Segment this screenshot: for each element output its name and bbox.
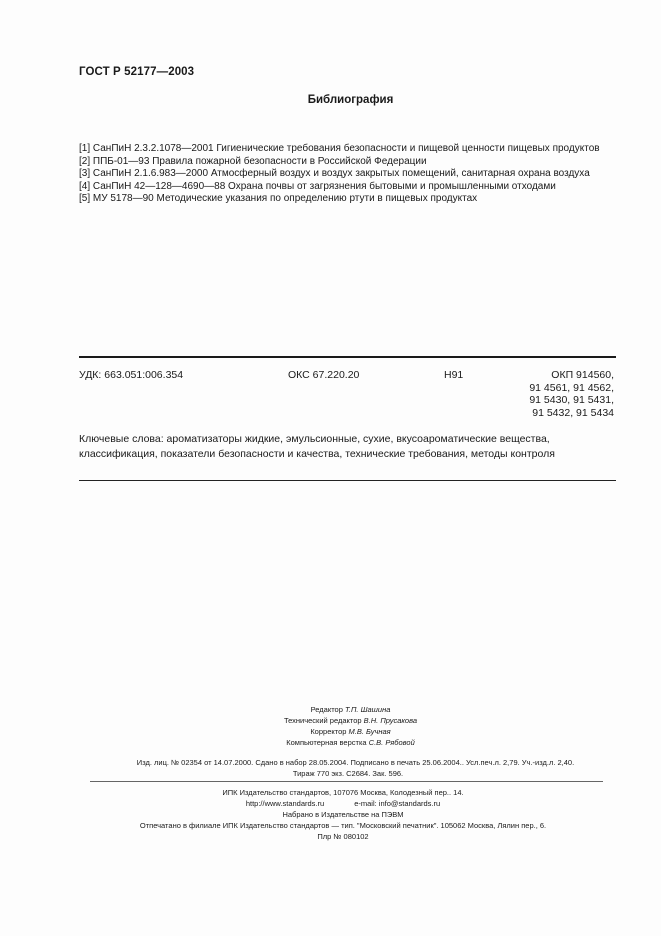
bibliography-list: [1] СанПиН 2.3.2.1078—2001 Гигиенические…: [79, 143, 600, 206]
publisher-printed: Отпечатано в филиале ИПК Издательство ст…: [25, 820, 661, 831]
imprint-line2: Тираж 770 экз. С2684. Зак. 596.: [35, 768, 661, 779]
okp-line: 91 4561, 91 4562,: [529, 382, 614, 395]
divider-thin: [79, 480, 616, 481]
divider-gray: [90, 781, 603, 782]
imprint-line1: Изд. лиц. № 02354 от 14.07.2000. Сдано в…: [35, 757, 661, 768]
credit-tech-editor: Технический редактор В.Н. Прусакова: [40, 715, 661, 726]
udk-code: УДК: 663.051:006.354: [79, 369, 183, 382]
group-code: Н91: [444, 369, 463, 382]
credits: Редактор Т.П. Шашина Технический редакто…: [0, 704, 661, 748]
bibliography-item: [3] СанПиН 2.1.6.983—2000 Атмосферный во…: [79, 168, 600, 181]
oks-code: ОКС 67.220.20: [288, 369, 359, 382]
publisher-license: Плр № 080102: [25, 831, 661, 842]
bibliography-item: [1] СанПиН 2.3.2.1078—2001 Гигиенические…: [79, 143, 600, 156]
okp-line: 91 5432, 91 5434: [529, 407, 614, 420]
credit-layout: Компьютерная верстка С.В. Рябовой: [40, 737, 661, 748]
imprint: Изд. лиц. № 02354 от 14.07.2000. Сдано в…: [0, 757, 661, 779]
okp-codes: ОКП 914560, 91 4561, 91 4562, 91 5430, 9…: [529, 369, 614, 419]
credit-editor: Редактор Т.П. Шашина: [40, 704, 661, 715]
publisher-info: ИПК Издательство стандартов, 107076 Моск…: [0, 787, 661, 842]
bibliography-title: Библиография: [0, 94, 661, 106]
credit-proofreader: Корректор М.В. Бучная: [40, 726, 661, 737]
publisher-email[interactable]: e-mail: info@standards.ru: [354, 799, 440, 808]
bibliography-item: [4] СанПиН 42—128—4690—88 Охрана почвы о…: [79, 181, 600, 194]
publisher-website[interactable]: http://www.standards.ru: [246, 799, 324, 808]
standard-id: ГОСТ Р 52177—2003: [79, 66, 194, 78]
keywords: Ключевые слова: ароматизаторы жидкие, эм…: [79, 432, 616, 462]
okp-line: ОКП 914560,: [529, 369, 614, 382]
publisher-typeset: Набрано в Издательстве на ПЭВМ: [25, 809, 661, 820]
publisher-address: ИПК Издательство стандартов, 107076 Моск…: [25, 787, 661, 798]
okp-line: 91 5430, 91 5431,: [529, 394, 614, 407]
bibliography-item: [2] ППБ-01—93 Правила пожарной безопасно…: [79, 156, 600, 169]
publisher-contacts: http://www.standards.rue-mail: info@stan…: [25, 798, 661, 809]
divider-thick: [79, 356, 616, 358]
bibliography-item: [5] МУ 5178—90 Методические указания по …: [79, 193, 600, 206]
